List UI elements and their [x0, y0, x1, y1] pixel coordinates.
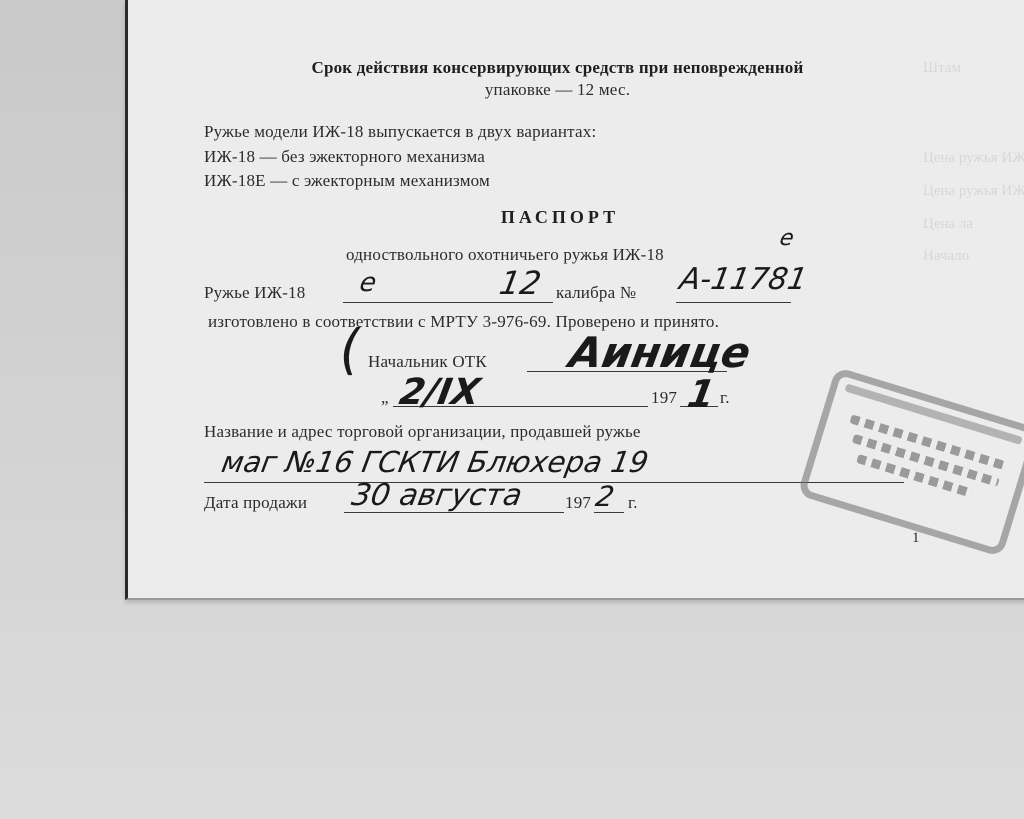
passport-subtitle: одноствольного охотничьего ружья ИЖ-18 [346, 245, 664, 265]
variant-2: ИЖ-18Е — с эжекторным механизмом [204, 171, 490, 191]
sale-year-prefix: 197 [565, 493, 591, 513]
sale-date-label: Дата продажи [204, 493, 307, 513]
date-handwritten: 2/IX [396, 372, 483, 413]
variant-field-line [343, 302, 553, 303]
bleed-text: Штам [923, 60, 961, 77]
date-open-quote: „ [381, 388, 389, 408]
passport-title: ПАСПОРТ [440, 207, 680, 228]
year-suffix: г. [720, 388, 730, 408]
bleed-text: Цена ла [923, 216, 973, 233]
bleed-text: Цена ружья ИЖ [923, 183, 1024, 200]
page-number: 1 [912, 530, 920, 547]
otk-signature: Аинице [566, 328, 755, 377]
store-label: Название и адрес торговой организации, п… [204, 422, 641, 442]
sale-date-handwritten: 30 августа [349, 478, 525, 513]
store-field-line [204, 482, 904, 483]
serial-handwritten: А-11781 [677, 262, 810, 297]
caliber-handwritten: 12 [497, 264, 544, 302]
bleed-text: Начало [923, 248, 969, 265]
store-handwritten: маг №16 ГСКТИ Блюхера 19 [219, 445, 651, 479]
variant-1: ИЖ-18 — без эжекторного механизма [204, 147, 485, 167]
otk-label: Начальник ОТК [368, 352, 487, 372]
shelf-life-line-2: упаковке — 12 мес. [250, 80, 865, 100]
serial-field-line [676, 302, 791, 303]
year-prefix: 197 [651, 388, 677, 408]
bleed-text: Цена ружья ИЖ [923, 150, 1024, 167]
gun-label: Ружье ИЖ-18 [204, 283, 305, 303]
shelf-life-line-1: Срок действия консервирующих средств при… [250, 58, 865, 78]
caliber-label: калибра № [556, 283, 636, 303]
variants-intro: Ружье модели ИЖ-18 выпускается в двух ва… [204, 122, 596, 142]
sale-year-suffix: г. [628, 493, 638, 513]
